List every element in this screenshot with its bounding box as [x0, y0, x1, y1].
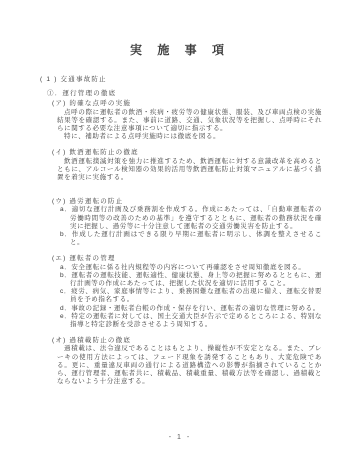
clause-roll-call-paragraph: 点呼の際に運転者の飲酒・疾病・疲労等の健康状態、服装、及び車両点検の実施結果等を…: [57, 109, 322, 134]
clause-roll-call-paragraph: 特に、補助者による点呼実施時には徹底を図る。: [57, 133, 322, 141]
clause-overwork-subitem: a．適切な運行計画及び乗務割を作成する。作成にあたっては、「自動車運転者の労働時…: [60, 206, 322, 231]
clause-overwork: (ウ) 過労運転の防止 a．適切な運行計画及び乗務割を作成する。作成にあたっては…: [0, 198, 360, 247]
clause-driver-management-subitem: c．疲労、病気、家庭事情等により、乗務困難な運転者の出現に備え、運転交替要員を予…: [60, 288, 322, 304]
clause-overload: (オ) 過積載防止の徹底 過積載は、法令違反であることはもとより、操縦性が不安定…: [0, 337, 360, 386]
clause-overload-paragraph: 過積載は、法令違反であることはもとより、操縦性が不安定となる。また、ブレーキの使…: [57, 345, 322, 386]
clause-drunk-driving-label: (イ) 飲酒運転防止の徹底: [52, 149, 360, 157]
clause-driver-management-label: (エ) 運転者の管理: [52, 255, 360, 263]
clause-driver-management-subitem: b．運転者の運転技能、運転適性、健康状態、身上等の把握に努めるとともに、運行計画…: [60, 272, 322, 288]
clause-driver-management-subitem: d．事故の記録・運転者台帳の作成・保存を行い、運転者の適切な管理に努める。: [60, 305, 322, 313]
clause-driver-management-subitem: e．特定の運転者に対しては、国土交通大臣が告示で定めるところによる、特別な指導と…: [60, 313, 322, 329]
clause-drunk-driving-paragraph: 飲酒運転撲滅対策を強力に推進するため、飲酒運転に対する意識改革を高めるとともに、…: [57, 158, 322, 183]
page-number: - 1 -: [0, 434, 360, 442]
clause-driver-management: (エ) 運転者の管理 a．安全運転に係る社内規程等の内容について再確認をさせ周知…: [0, 255, 360, 329]
subsection-heading: ①．運行管理の徹底: [47, 90, 360, 98]
clause-drunk-driving: (イ) 飲酒運転防止の徹底 飲酒運転撲滅対策を強力に推進するため、飲酒運転に対す…: [0, 149, 360, 182]
clause-roll-call: (ア) 的確な点呼の実施 点呼の際に運転者の飲酒・疾病・疲労等の健康状態、服装、…: [0, 100, 360, 141]
clause-driver-management-subitem: a．安全運転に係る社内規程等の内容について再確認をさせ周知徹底を図る。: [60, 264, 322, 272]
document-page: 実 施 事 項 ( 1 ) 交通事故防止 ①．運行管理の徹底 (ア) 的確な点呼…: [0, 0, 360, 466]
section-heading: ( 1 ) 交通事故防止: [40, 76, 360, 84]
clause-overwork-subitem: b．作成した運行計画はできる限り早期に運転者に明示し、体調を整えさせること。: [60, 231, 322, 247]
clause-roll-call-label: (ア) 的確な点呼の実施: [52, 100, 360, 108]
page-title: 実 施 事 項: [0, 0, 360, 57]
